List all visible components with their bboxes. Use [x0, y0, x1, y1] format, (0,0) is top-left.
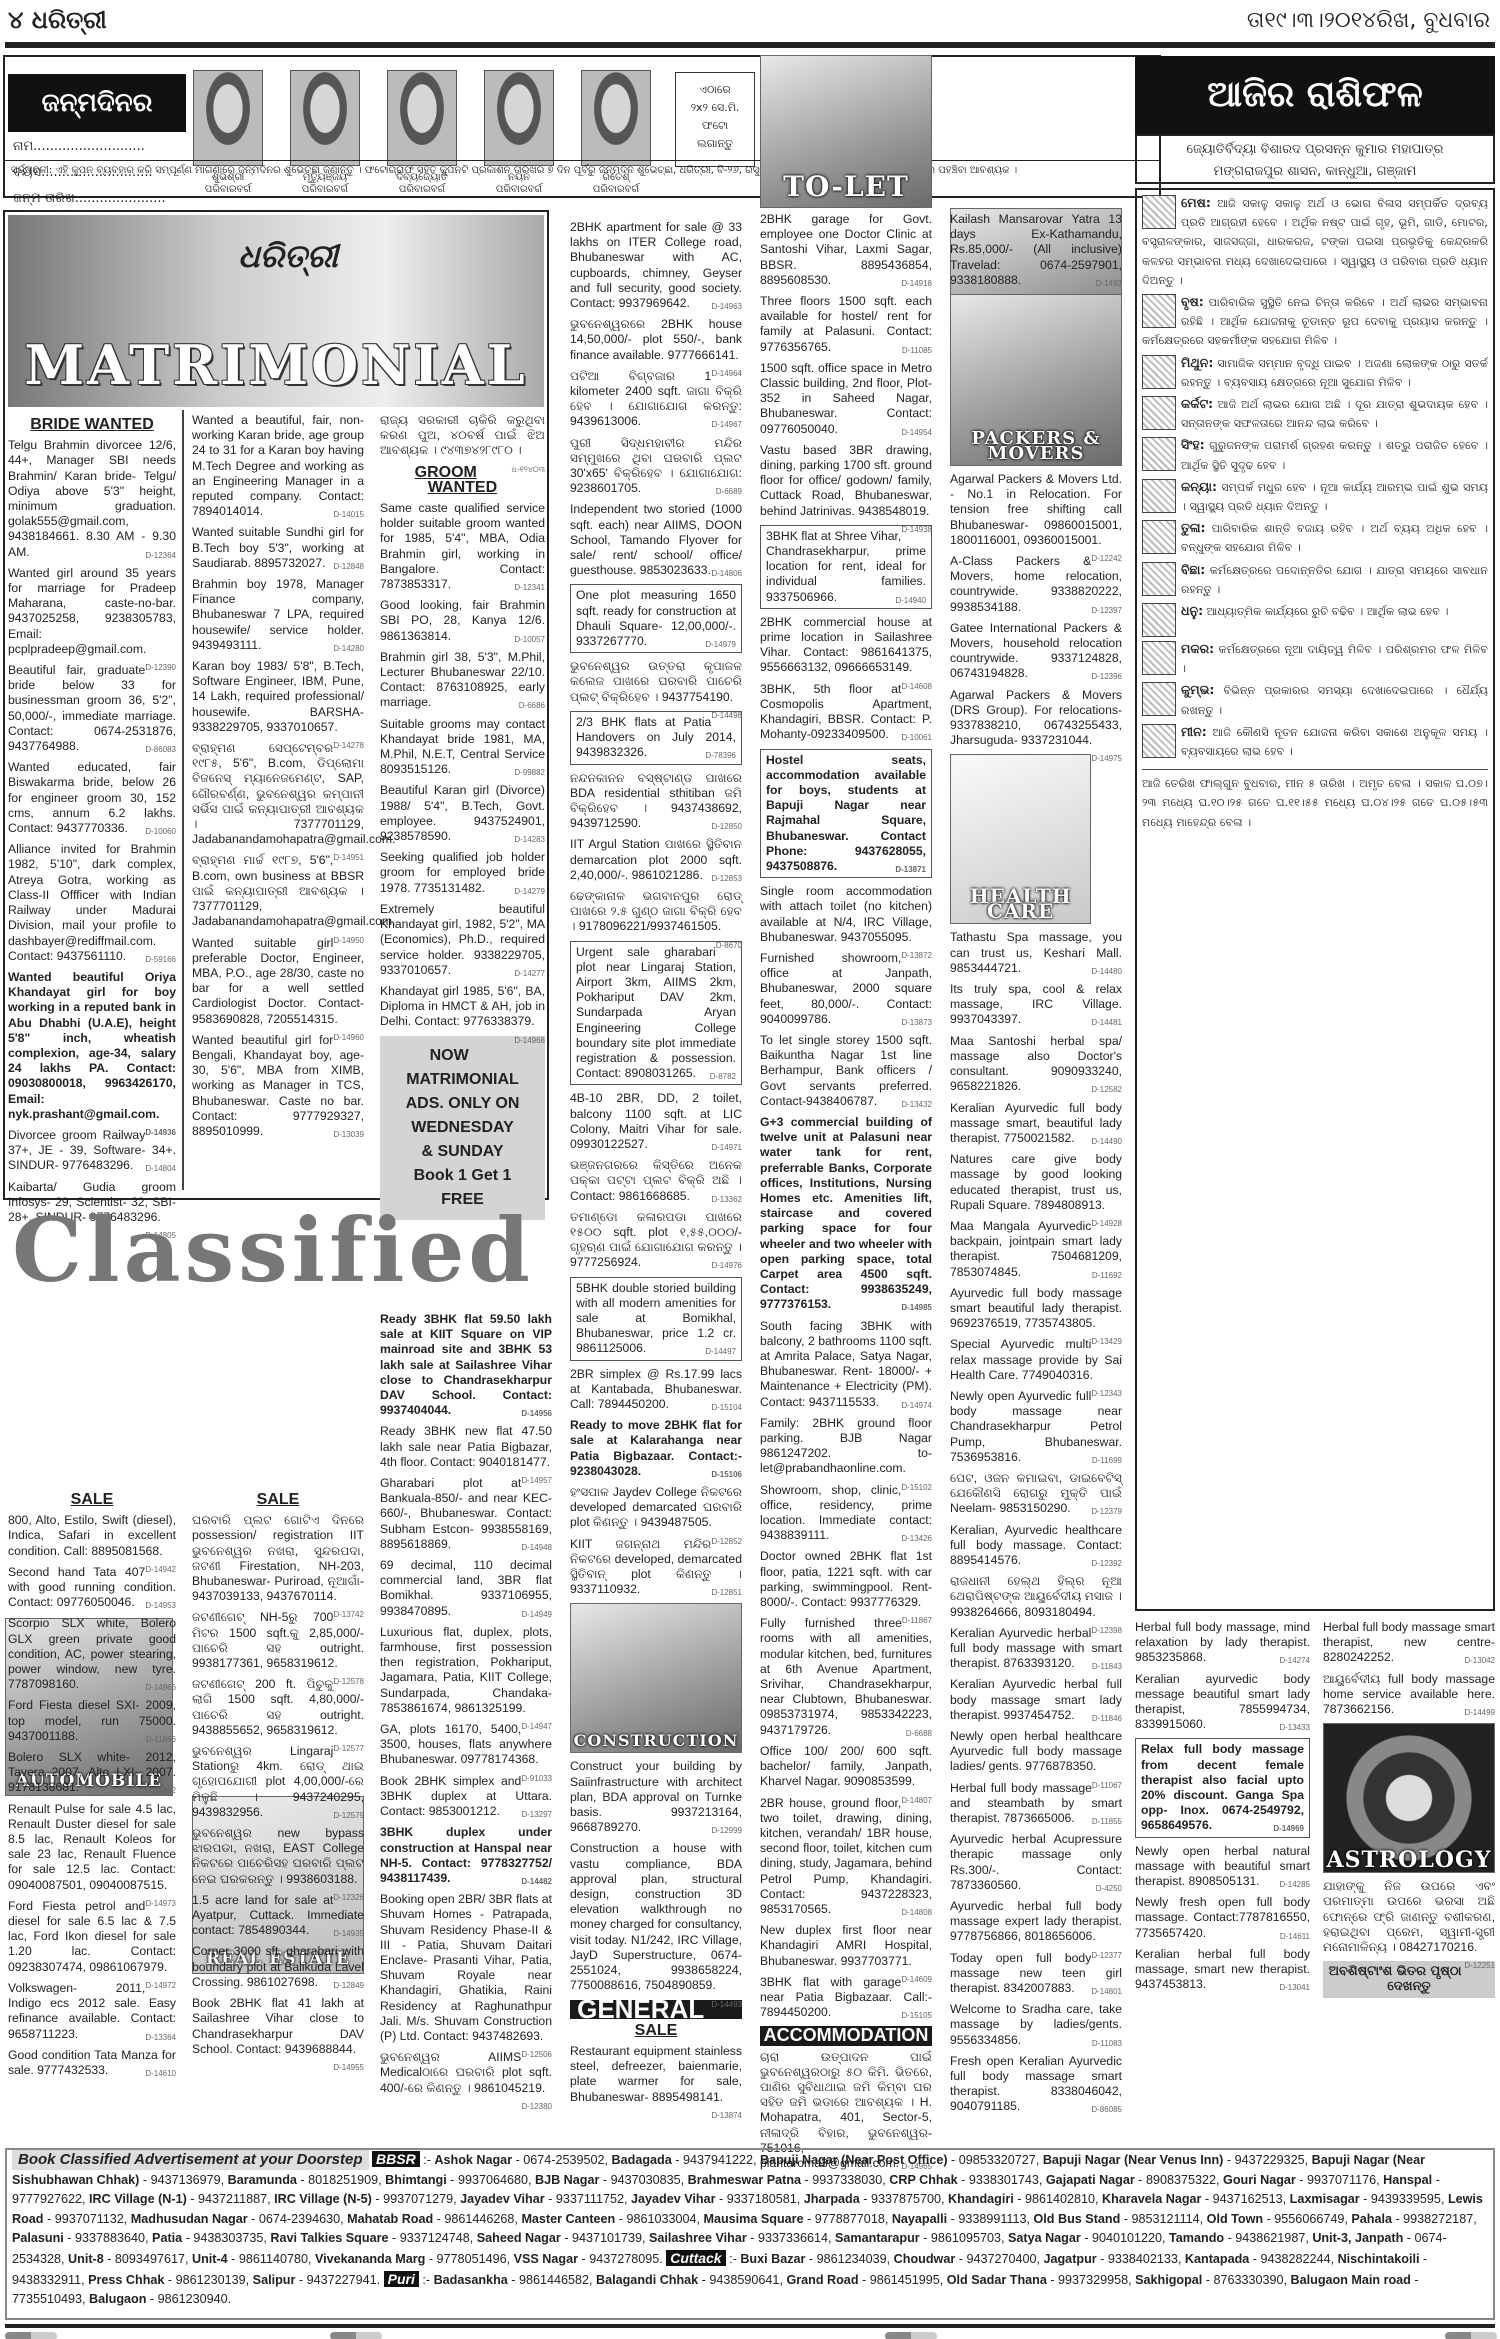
classified-ad: Herbal full body massage, mind relaxatio… [1135, 1620, 1310, 1666]
location-name: Buxi Bazar [740, 2252, 805, 2266]
zodiac-text: ଆଜି ଅର୍ଥ ଲାଭର ଯୋଗ ଅଛି । ଦୂର ଯାତ୍ରା ଶୁଭଦା… [1181, 398, 1488, 430]
ad-code: D-11846 [1092, 1711, 1122, 1726]
page-marker [1445, 2332, 1497, 2339]
location-name: Bhimtangi [385, 2173, 447, 2187]
region-tag: Puri [384, 2271, 419, 2287]
phone-number: 8908375322 [1146, 2173, 1216, 2187]
phone-number: 9337875700 [871, 2192, 941, 2206]
author-place: ମଙ୍ଗରାଜପୁର ଶାସନ, କାନ୍ଧୁଆ, ଗଞ୍ଜାମ [1137, 161, 1493, 183]
location-name: Balagandi Chhak [596, 2273, 698, 2287]
ad-code: D-14979 [705, 637, 736, 652]
ad-code: D-8670 [716, 938, 742, 953]
location-name: BJB Nagar [535, 2173, 599, 2187]
classified-ad: New duplex first floor near Khandagiri A… [760, 1923, 932, 1969]
ad-code: D-15106 [711, 1467, 742, 1482]
ad-code: D-14498 [711, 708, 742, 723]
ad-code: D-14928 [1091, 1216, 1122, 1231]
ad-text: Office 100/ 200/ 600 sqft. bachelor/ fam… [760, 1744, 932, 1788]
ad-code: D-6686 [519, 698, 545, 713]
horoscope-title: ଆଜିର ରାଶିଫଳ [1135, 56, 1495, 134]
bride-wanted-heading: BRIDE WANTED [8, 417, 176, 432]
zodiac-name: ମିଥୁନ: [1181, 355, 1213, 370]
directory-entry: Old Sadar Thana - 9937329958, [947, 2273, 1135, 2287]
ad-text: Newly open herbal healthcare Ayurvedic f… [950, 1729, 1122, 1773]
ad-code: D-8782 [710, 1069, 736, 1084]
ad-code: D-12379 [1091, 1504, 1122, 1519]
directory-entry: Pahala - 9938272187, [1351, 2212, 1476, 2226]
to-let-caption: TO-LET [761, 170, 931, 203]
directory-entry: Saheed Nagar - 9437101739, [477, 2231, 649, 2245]
classified-ad: Office 100/ 200/ 600 sqft. bachelor/ fam… [760, 1744, 932, 1790]
classified-ad: To let single storey 1500 sqft. Baikunth… [760, 1033, 932, 1109]
phone-number: 9937071176 [1307, 2173, 1376, 2187]
classified-ad: Relax full body massage from decent fema… [1135, 1738, 1310, 1837]
ad-text: Alliance invited for Brahmin 1982, 5'10"… [8, 842, 176, 962]
ad-code: D-11692 [1092, 1268, 1122, 1283]
ad-text: Telgu Brahmin divorcee 12/6, 44+, Manage… [8, 438, 176, 558]
page-marker [330, 2332, 382, 2339]
classified-ad: Extremely beautiful Khandayat girl, 1982… [380, 902, 545, 978]
classified-ad: Wanted beautiful Oriya Khandayat girl fo… [8, 970, 176, 1122]
ad-code: D-14947 [521, 1719, 552, 1734]
ad-code: D-6688 [906, 1726, 932, 1741]
classified-ad: Ayurvedic herbal Acupressure therapic ma… [950, 1832, 1122, 1893]
ad-text: ଭୁବନେଶ୍ୱର ଉତ୍ତରା କୃପାଜଳ କଲେଜ ପାଖରେ ଘରବାର… [570, 659, 742, 703]
ad-code: D-13872 [901, 948, 932, 963]
classified-ad: Maa Santoshi herbal spa/ massage also Do… [950, 1034, 1122, 1095]
ad-code: D-14610 [145, 2066, 176, 2081]
ad-text: Renault Pulse for sale 4.5 lac, Renault … [8, 1802, 176, 1892]
location-name: Mahatab Road [347, 2212, 433, 2226]
ad-text: Relax full body massage from decent fema… [1141, 1742, 1304, 1832]
classified-ad: Ayurvedic herbal full body massage exper… [950, 1899, 1122, 1945]
phone-number: 9438282244 [1261, 2252, 1331, 2266]
ad-code: D-91033 [521, 1771, 552, 1786]
promo-line: & SUNDAY [384, 1140, 541, 1164]
classified-ad: 2BHK commercial house at prime location … [760, 615, 932, 676]
phone-number: 9337124748 [400, 2231, 470, 2245]
location-name: Grand Road [786, 2273, 858, 2287]
directory-entry: Balugaon - 9861230940. [89, 2292, 231, 2306]
directory-entry: Old Bus Stand - 9853121114, [1034, 2212, 1207, 2226]
zodiac-entry: ବିଛା: କର୍ମକ୍ଷେତ୍ରରେ ପଦୋନ୍ନତିର ଯୋଗ । ଯାତ୍… [1142, 560, 1488, 599]
ad-code: D-14280 [333, 641, 364, 656]
ad-code: D-12851 [711, 1585, 742, 1600]
ad-code: D-13297 [521, 1807, 552, 1822]
classified-ad: Good condition Tata Manza for sale. 9777… [8, 2048, 176, 2078]
directory-entry: Choudwar - 9437270400, [894, 2252, 1044, 2266]
location-name: Old Town [1207, 2212, 1263, 2226]
directory-entry: Baramunda - 8018251909, [228, 2173, 386, 2187]
location-name: Old Sadar Thana [947, 2273, 1047, 2287]
ad-code: D-14982 [145, 1783, 176, 1798]
zodiac-entry: ମକର: କର୍ମକ୍ଷେତ୍ରରେ ନୂଆ ଦାୟିତ୍ୱ ମିଳିବ । ପ… [1142, 639, 1488, 678]
zodiac-icon [1142, 682, 1176, 716]
classified-ad: Gatee International Packers & Movers, ho… [950, 621, 1122, 682]
classified-ad: ହଂସପାଳ Jaydev College ନିକଟରେ developed d… [570, 1485, 742, 1531]
zodiac-entry: ମେଷ: ଆଜି ସକାଳୁ ସକାଳୁ ଅର୍ଥ ଓ ଭୋଗ ବିଳାସ ସମ… [1142, 193, 1488, 290]
page-label: ୪ ଧରିତ୍ରୀ [8, 6, 107, 34]
directory-entry: Patia - 9438303735, [152, 2231, 270, 2245]
zodiac-text: ବିଭିନ୍ନ ପ୍ରକାରର ସମସ୍ୟା ଦେଖାଦେଇପାରେ । ଧୈର… [1181, 684, 1488, 716]
phone-number: 9337883640 [75, 2231, 145, 2245]
ad-text: Single room accommodation with attach to… [760, 884, 932, 944]
ad-code: D-14964 [711, 366, 742, 381]
location-name: IRC Village (N-5) [274, 2192, 372, 2206]
classified-ad: Wanted girl around 35 years for marriage… [8, 566, 176, 657]
location-name: Nayapalli [892, 2212, 947, 2226]
construction-image: CONSTRUCTION [570, 1603, 742, 1753]
classified-ad: 800, Alto, Estilo, Swift (diesel), Indic… [8, 1513, 176, 1559]
classified-ad: Agarwal Packers & Movers (DRS Group). Fo… [950, 688, 1122, 749]
directory-entry: Vivekananda Marg - 9778051496, [315, 2252, 514, 2266]
classified-ad: ବ୍ରାହ୍ମଣ ସେପ୍ଟେମ୍ବର ୧୯୮୫, 5'6", B.com, ଡ… [192, 741, 364, 847]
phone-number: 9861230940 [158, 2292, 228, 2306]
zodiac-text: ଆଜି କୌଣସି ନୂତନ ଯୋଜନା କରିବା ସକାଶେ ଅନୁକୂଳ … [1181, 726, 1488, 758]
classified-heading: Classified [3, 1200, 543, 1300]
astrology-column: Herbal full body massage smart therapist… [1323, 1620, 1495, 1998]
classified-ad: Alliance invited for Brahmin 1982, 5'10"… [8, 842, 176, 964]
ad-code: D-14966 [145, 1680, 176, 1695]
classified-ad: Brahmin girl 38, 5'3", M.Phil, Lecturer … [380, 650, 545, 711]
child-photo [193, 70, 263, 166]
ad-text: ରାଜ୍ୟ ସରକାରୀ ଚାକିରି କରୁଥିବା କରଣ ପୁଅ, ୪୦ବ… [380, 413, 545, 457]
location-name: Ravi Talkies Square [270, 2231, 388, 2245]
zodiac-text: ଆଜି ସକାଳୁ ସକାଳୁ ଅର୍ଥ ଓ ଭୋଗ ବିଳାସ ସମ୍ପର୍କ… [1142, 197, 1488, 287]
ad-code: D-14949 [521, 1607, 552, 1622]
promo-line: Book 1 Get 1 [384, 1164, 541, 1188]
classified-ad: ଯାହାଙ୍କୁ ନିଜ ଉପରେ ଏବଂ ପରମାତ୍ମା ଉପରେ ଭରସା… [1323, 1879, 1495, 1955]
classified-ad: Restaurant equipment stainless steel, de… [570, 2044, 742, 2105]
birthday-terms: ସର୍ତ୍ତାବଳୀ: ଏହି କୁପନ ବ୍ୟବହାର କରି ସମ୍ପୂର୍… [5, 160, 1159, 196]
ad-code: D-14960 [333, 1030, 364, 1045]
directory-entry: Mahatab Road - 9861446268, [347, 2212, 521, 2226]
matrimonial-banner: ଧରିତ୍ରୀ MATRIMONIAL [8, 215, 544, 407]
ad-code: D-13432 [901, 1097, 932, 1112]
ad-text: Ready 3BHK new flat 47.50 lakh sale near… [380, 1424, 552, 1468]
classified-ad: ରାଜ୍ୟ ସରକାରୀ ଚାକିରି କରୁଥିବା କରଣ ପୁଅ, ୪୦ବ… [380, 413, 545, 459]
phone-number: 9937071279 [383, 2192, 453, 2206]
location-name: Badagada [612, 2153, 672, 2167]
directory-entry: Jayadev Vihar - 9337111752, [460, 2192, 631, 2206]
classified-ad: ରାଜଧାନୀ ହେଲ୍ଥ ହିଲ୍‌ର ନୂଆ ଥେରାପିଷ୍ଟଙ୍କ ଆୟ… [950, 1574, 1122, 1620]
directory-entry: Jagatpur - 9338402133, [1043, 2252, 1184, 2266]
directory-entry: Salipur - 9437227941. [253, 2273, 384, 2287]
classified-ad: 4B-10 2BR, DD, 2 toilet, balcony 1100 sq… [570, 1091, 742, 1152]
ad-text: Wanted girl around 35 years for marriage… [8, 566, 176, 656]
phone-number: 09853320727 [959, 2153, 1036, 2167]
region-tag: BBSR [372, 2151, 420, 2167]
classified-ad: Corner 3000 sft. gharabari with boundary… [192, 1944, 364, 1990]
groom-wanted-column: ରାଜ୍ୟ ସରକାରୀ ଚାକିରି କରୁଥିବା କରଣ ପୁଅ, ୪୦ବ… [380, 413, 545, 1220]
zodiac-icon [1142, 603, 1176, 637]
location-name: Palasuni [12, 2231, 64, 2245]
ad-code: D-14963 [711, 299, 742, 314]
ad-text: Agarwal Packers & Movers (DRS Group). Fo… [950, 688, 1122, 748]
ad-text: Vastu based 3BR drawing, dining, parking… [760, 443, 932, 518]
location-name: Balugaon Main road [1291, 2273, 1411, 2287]
location-name: Choudwar [894, 2252, 956, 2266]
location-name: Satya Nagar [1008, 2231, 1081, 2245]
ad-code: D-13364 [145, 2030, 176, 2045]
phone-number: 9437941222 [683, 2153, 753, 2167]
phone-number: 8763330390 [1213, 2273, 1283, 2287]
directory-entry: Jharpada - 9337875700, [804, 2192, 948, 2206]
phone-number: 9861234039 [817, 2252, 887, 2266]
author-name: ଜ୍ୟୋତିର୍ବିଦ୍ୟା ବିଶାରଦ ପ୍ରସନ୍ନ କୁମାର ମହାପ… [1137, 139, 1493, 161]
zodiac-text: ଆଧ୍ୟାତ୍ମିକ କାର୍ଯ୍ୟରେ ରୁଚି ବଢିବ । ଆର୍ଥିକ … [1207, 605, 1449, 618]
directory-entry: Badagada - 9437941222, [612, 2153, 760, 2167]
ad-code: D-14973 [145, 1896, 176, 1911]
ad-code: D-14482 [521, 1874, 552, 1889]
phone-number: 9938272187 [1403, 2212, 1473, 2226]
promo-line: ADS. ONLY ON [384, 1092, 541, 1116]
ad-text: Natures care give body massage by good l… [950, 1152, 1122, 1212]
phone-number: 9861095703 [931, 2231, 1001, 2245]
classified-ad: Fully furnished three rooms with all ame… [760, 1616, 932, 1738]
ad-code: D-13433 [1279, 1720, 1310, 1735]
classified-ad: Good looking, fair Brahmin SBI PO, 28, K… [380, 598, 545, 644]
zodiac-text: ଗୁରୁଜନଙ୍କ ପରାମର୍ଶ ଗ୍ରହଣ କରନ୍ତୁ । ଶତ୍ରୁ ପ… [1181, 439, 1488, 471]
ad-code: D-14497 [705, 1344, 736, 1359]
ad-code: D-12506 [521, 2047, 552, 2062]
zodiac-entry: କର୍କଟ: ଆଜି ଅର୍ଥ ଲାଭର ଯୋଗ ଅଛି । ଦୂର ଯାତ୍ର… [1142, 394, 1488, 433]
classified-ad: Keralian Ayurvedic herbal full body mass… [950, 1677, 1122, 1723]
ad-code: D-12242 [1091, 551, 1122, 566]
zodiac-icon [1142, 294, 1176, 328]
automobile-sale-heading: SALE [8, 1492, 176, 1507]
directory-entry: VSS Nagar - 9437278095. [514, 2252, 667, 2266]
classified-ad: 2BHK garage for Govt. employee one Docto… [760, 212, 932, 288]
phone-number: 0674-2539502 [523, 2153, 604, 2167]
ad-text: Wanted beautiful girl for Bengali, Khand… [192, 1033, 364, 1138]
ad-code: D-14808 [901, 1905, 932, 1920]
ad-code: D-13873 [901, 1015, 932, 1030]
directory-entry: Kantapada - 9438282244, [1185, 2252, 1338, 2266]
ad-code: D-10061 [901, 730, 932, 745]
ad-text: Wanted beautiful Oriya Khandayat girl fo… [8, 970, 176, 1121]
ad-code: D-13426 [901, 1531, 932, 1546]
location-name: Khandagiri [948, 2192, 1014, 2206]
zodiac-icon [1142, 195, 1176, 229]
classified-ad: Natures care give body massage by good l… [950, 1152, 1122, 1213]
zodiac-icon [1142, 562, 1176, 596]
zodiac-name: ଧନୁ: [1181, 603, 1203, 618]
zodiac-entry: କୁମ୍ଭ: ବିଭିନ୍ନ ପ୍ରକାରର ସମସ୍ୟା ଦେଖାଦେଇପାର… [1142, 680, 1488, 719]
ad-code: D-14804 [145, 1161, 176, 1176]
directory-entry: Brahmeswar Patna - 9937338030, [688, 2173, 890, 2187]
classified-ad: Book 2BHK flat 41 lakh at Sailashree Vih… [192, 1996, 364, 2057]
directory-entry: Nayapalli - 9338991113, [892, 2212, 1034, 2226]
real-estate-column-2: Ready 3BHK flat 59.50 lakh sale at KIIT … [380, 1312, 552, 2114]
zodiac-name: କନ୍ୟା: [1181, 479, 1217, 494]
directory-entry: Bapuji Nagar (Near Venus Inn) - 94372293… [1043, 2153, 1312, 2167]
classified-ad: Family: 2BHK ground floor parking. BJB N… [760, 1416, 932, 1477]
ad-code: D-12377 [1091, 1948, 1122, 1963]
ad-code: D-12390 [145, 660, 176, 675]
zodiac-text: କର୍ମକ୍ଷେତ୍ରରେ ପଦୋନ୍ନତିର ଯୋଗ । ଯାତ୍ରା ସମୟ… [1181, 564, 1488, 596]
directory-entry: Buxi Bazar - 9861234039, [740, 2252, 893, 2266]
ad-code: D-14481 [1091, 1015, 1122, 1030]
directory-entry: Unit-8 - 8093497617, [68, 2252, 192, 2266]
automobile-column: SALE 800, Alto, Estilo, Swift (diesel), … [8, 1488, 176, 2084]
ad-code: D-14274 [1279, 1653, 1310, 1668]
massage-column: Herbal full body massage, mind relaxatio… [1135, 1620, 1310, 1998]
ad-code: D-15102 [901, 1480, 932, 1495]
location-name: Saheed Nagar [477, 2231, 561, 2245]
classified-ad: Newly open herbal natural massage with b… [1135, 1844, 1310, 1890]
classified-ad: Wanted a beautiful, fair, non-working Ka… [192, 413, 364, 519]
ad-code: D-12326 [333, 1890, 364, 1905]
directory-entry: Badasankha - 9861446582, [434, 2273, 596, 2287]
zodiac-text: ସମ୍ପର୍କ ମଧୁର ହେବ । ନୂଆ କାର୍ଯ୍ୟ ଆରମ୍ଭ ପାଇ… [1181, 481, 1488, 513]
ad-code: D-15104 [711, 1400, 742, 1415]
phone-number: 9861451995 [870, 2273, 940, 2287]
ad-code: D-6689 [716, 484, 742, 499]
location-name: Baramunda [228, 2173, 297, 2187]
ad-code: D-14974 [901, 1398, 932, 1413]
ad-text: 2BHK apartment for sale @ 33 lakhs on IT… [570, 220, 742, 310]
ad-code: D-13871 [895, 862, 926, 877]
directory-entry: Old Town - 9556066749, [1207, 2212, 1352, 2226]
zodiac-name: ବିଛା: [1181, 562, 1205, 577]
zodiac-name: କୁମ୍ଭ: [1181, 682, 1214, 697]
ad-code: D-14490 [1091, 1134, 1122, 1149]
classified-ad: Agarwal Packers & Movers Ltd. - No.1 in … [950, 472, 1122, 548]
ad-code: D-14954 [901, 425, 932, 440]
birthday-title: ଜନ୍ମଦିନର ଶୁଭେଚ୍ଛା [8, 74, 186, 132]
photo-line: ଏଠାରେ [676, 81, 754, 99]
classified-ad: ଭୁବନେଶ୍ୱର new bypass ଝାରପଡା, ନଖରା, EAST … [192, 1826, 364, 1887]
ad-text: South facing 3BHK with balcony, 2 bathro… [760, 1319, 932, 1409]
phone-number: 9437227941 [307, 2273, 377, 2287]
location-name: Jayadev Vihar [460, 2192, 545, 2206]
zodiac-entry: ମିଥୁନ: ସାମାଜିକ ସମ୍ମାନ ବୃଦ୍ଧି ପାଇବ । ଅଜଣା… [1142, 353, 1488, 392]
ad-text: Ayurvedic full body massage smart beauti… [950, 1286, 1122, 1330]
services-column: Kailash Mansarovar Yatra 13 days Ex-Kath… [950, 212, 1122, 2121]
directory-entry: Palasuni - 9337883640, [12, 2231, 152, 2245]
ad-code: D-14936 [145, 1125, 176, 1140]
birthday-coupon: ଜନ୍ମଦିନର ଶୁଭେଚ୍ଛା ନାମ...................… [3, 55, 1161, 198]
ad-code: D-14969 [1273, 1821, 1304, 1836]
phone-number: 9337336614 [758, 2231, 828, 2245]
location-name: Master Canteen [521, 2212, 615, 2226]
ad-text: Ayurvedic herbal full body massage exper… [950, 1899, 1122, 1943]
location-name: Unit-3, Janpath [1312, 2231, 1403, 2245]
zodiac-icon [1142, 437, 1176, 471]
classified-ad: Ford Fiesta diesel SXI- 2009, top model,… [8, 1698, 176, 1744]
location-name: Sakhigopal [1135, 2273, 1202, 2287]
ad-code: D-12341 [514, 580, 545, 595]
horoscope-body: ମେଷ: ଆଜି ସକାଳୁ ସକାଳୁ ଅର୍ଥ ଓ ଭୋଗ ବିଳାସ ସମ… [1135, 188, 1495, 1611]
location-name: Laxmisagar [1290, 2192, 1360, 2206]
location-name: Bapuji Nagar (Near Venus Inn) [1043, 2153, 1224, 2167]
ad-code: D-14942 [145, 1562, 176, 1577]
phone-number: 9778877018 [815, 2212, 885, 2226]
phone-number: 9337180581 [727, 2192, 797, 2206]
location-name: Sailashree Vihar [649, 2231, 747, 2245]
real-estate-column: 2BHK apartment for sale @ 33 lakhs on IT… [570, 220, 742, 2123]
classified-ad: Independent two storied (1000 sqft. each… [570, 502, 742, 578]
real-estate-sale-heading: SALE [192, 1492, 364, 1507]
child-photo [387, 70, 457, 166]
phone-number: 0674-2394630 [259, 2212, 340, 2226]
classified-ad: ଭଞ୍ଜନଗରରେ କିସ୍ତିରେ ଅନେକ ପକ୍କା ପଟ୍ଟା ପ୍ଲଟ… [570, 1158, 742, 1204]
ad-code: D-86083 [145, 742, 176, 757]
zodiac-name: ମୀନ: [1181, 724, 1207, 739]
ad-text: Wanted suitable girl preferable Doctor, … [192, 936, 364, 1026]
classified-ad: 5BHK double storied building with all mo… [570, 1277, 742, 1361]
phone-number: 9556066749 [1274, 2212, 1344, 2226]
ad-code: D-14935 [333, 1926, 364, 1941]
classified-ad: ପେଟ, ଓଜନ କମାଇବା, ଡାଇବେଟିସ୍ ଯେକୌଣସି ରୋଗରୁ… [950, 1471, 1122, 1517]
ad-code: D-12392 [1091, 1556, 1122, 1571]
zodiac-name: ସିଂହ: [1181, 437, 1205, 452]
directory-entry: Samantarapur - 9861095703, [835, 2231, 1008, 2245]
directory-entry: Grand Road - 9861451995, [786, 2273, 946, 2287]
ad-text: Luxurious flat, duplex, plots, farmhouse… [380, 1625, 552, 1715]
ad-code: D-12397 [1091, 603, 1122, 618]
classified-ad: Hostel seats, accommodation available fo… [760, 749, 932, 879]
bride-wanted-column: BRIDE WANTED Telgu Brahmin divorcee 12/6… [8, 413, 176, 1243]
directory-entry: IRC Village (N-1) - 9437211887, [89, 2192, 274, 2206]
classified-ad: ପୁରୀ ସିଦ୍ଧମହାବୀର ମନ୍ଦିର ସମ୍ମୁଖରେ ଥିବା ଘର… [570, 436, 742, 497]
photo-line: ୨x୨ ସେ.ମି. [676, 99, 754, 117]
location-name: Kharavela Nagar [1102, 2192, 1201, 2206]
location-name: Jayadev Vihar [631, 2192, 716, 2206]
zodiac-entry: ମୀନ: ଆଜି କୌଣସି ନୂତନ ଯୋଜନା କରିବା ସକାଶେ ଅନ… [1142, 722, 1488, 761]
classified-ad: ନନ୍ଦନକାନନ ବସ୍‌ଷ୍ଟାଣ୍ଡ ପାଖରେ BDA resident… [570, 771, 742, 832]
directory-entry: Sakhigopal - 8763330390, [1135, 2273, 1290, 2287]
ad-text: Booking open 2BR/ 3BR flats at Shuvam Ho… [380, 1892, 552, 2043]
phone-number: 9437101739 [572, 2231, 642, 2245]
classified-ad: Welcome to Sradha care, take massage by … [950, 2002, 1122, 2048]
location-name: Jharpada [804, 2192, 860, 2206]
child-photo [484, 70, 554, 166]
ad-code: D-14918 [901, 276, 932, 291]
phone-number: 9937338030 [812, 2173, 882, 2187]
directory-entry: Press Chhak - 9861230139, [88, 2273, 253, 2287]
classified-ad: 1500 sqft. office space in Metro Classic… [760, 361, 932, 437]
classified-ad: Keralian ayurvedic body message beautifu… [1135, 1672, 1310, 1733]
directory-entry: Gouri Nagar - 9937071176, [1223, 2173, 1383, 2187]
ad-text: G+3 commercial building of twelve unit a… [760, 1115, 932, 1311]
location-name: Tamando [1169, 2231, 1224, 2245]
footer-rule [5, 2324, 1495, 2328]
ad-code: D-1493 [1096, 276, 1122, 291]
ad-code: D-14971 [711, 1140, 742, 1155]
classified-ad: Scorpio SLX white, Bolero GLX green priv… [8, 1616, 176, 1692]
directory-entry: BJB Nagar - 9437030835, [535, 2173, 688, 2187]
phone-number: 9861033004 [626, 2212, 696, 2226]
ad-text: Family: 2BHK ground floor parking. BJB N… [760, 1416, 932, 1476]
ad-code: D-11855 [1092, 1814, 1122, 1829]
ad-code: D-12999 [711, 1823, 742, 1838]
ad-code: D-14957 [521, 1473, 552, 1488]
ad-code: D-78396 [705, 748, 736, 763]
classified-ad: Renault Pulse for sale 4.5 lac, Renault … [8, 1802, 176, 1893]
ad-text: Fully furnished three rooms with all ame… [760, 1616, 932, 1736]
phone-number: 9937064680 [458, 2173, 528, 2187]
location-name: Gouri Nagar [1223, 2173, 1296, 2187]
location-name: CRP Chhak [889, 2173, 957, 2187]
zodiac-name: ତୁଳା: [1181, 520, 1206, 535]
ad-code: D-99882 [514, 765, 545, 780]
location-name: Pahala [1351, 2212, 1392, 2226]
classified-ad: Wanted suitable Sundhi girl for B.Tech b… [192, 525, 364, 571]
location-name: Nischintakoili [1338, 2252, 1420, 2266]
ad-code: D-11085 [902, 343, 932, 358]
